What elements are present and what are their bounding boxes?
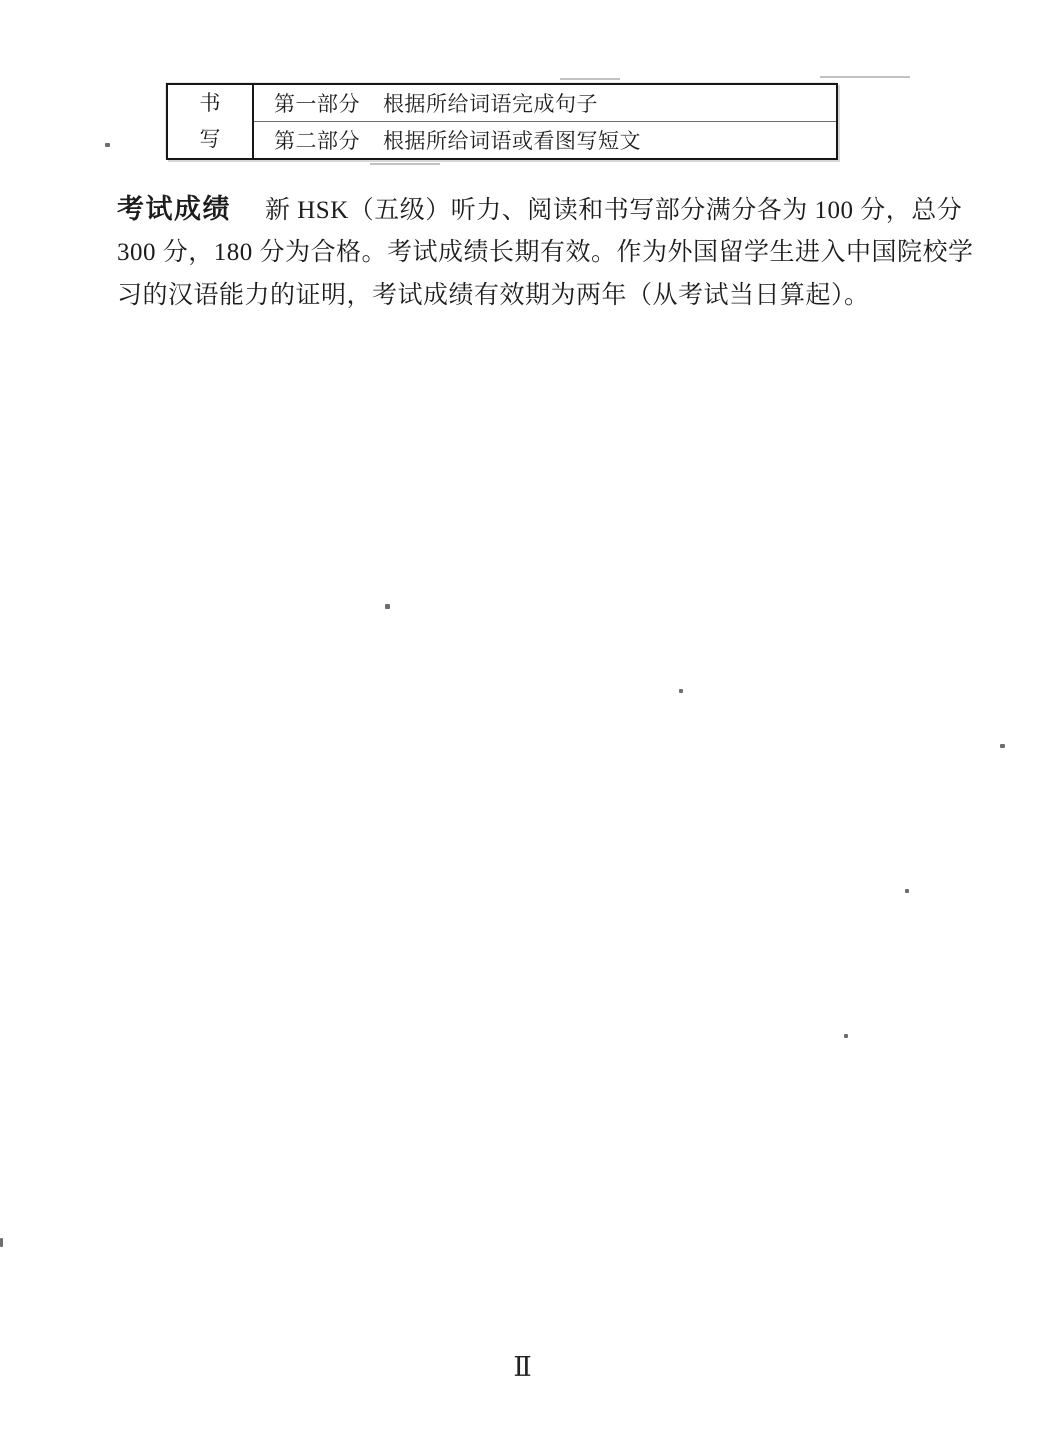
scan-speck: [385, 604, 390, 609]
page-number: Ⅱ: [0, 1352, 1045, 1382]
paragraph-line-1: 考试成绩新 HSK（五级）听力、阅读和书写部分满分各为 100 分，总分: [117, 188, 965, 231]
scan-smudge: [820, 76, 910, 78]
part-number: 第二部分: [274, 125, 360, 155]
table-row-part2: 第二部分 根据所给词语或看图写短文: [254, 122, 836, 158]
scan-speck: [844, 1034, 848, 1038]
table-rows: 第一部分 根据所给词语完成句子 第二部分 根据所给词语或看图写短文: [254, 85, 836, 158]
table-row-part1: 第一部分 根据所给词语完成句子: [254, 85, 836, 122]
exam-score-paragraph: 考试成绩新 HSK（五级）听力、阅读和书写部分满分各为 100 分，总分 300…: [117, 188, 965, 317]
paragraph-line-1-text: 新 HSK（五级）听力、阅读和书写部分满分各为 100 分，总分: [265, 197, 962, 224]
part-number: 第一部分: [274, 88, 360, 118]
writing-section-table: 书 写 第一部分 根据所给词语完成句子 第二部分 根据所给词语或看图写短文: [166, 83, 838, 160]
scan-smudge: [370, 163, 440, 165]
scan-speck: [0, 1238, 3, 1247]
part-description: 根据所给词语完成句子: [383, 88, 598, 118]
writing-skill-char-xie: 写: [200, 129, 221, 150]
writing-skill-char-shu: 书: [200, 93, 221, 114]
writing-skill-label-cell: 书 写: [168, 85, 254, 158]
part-description: 根据所给词语或看图写短文: [383, 125, 641, 155]
scan-speck: [905, 889, 909, 893]
scanned-document-page: 书 写 第一部分 根据所给词语完成句子 第二部分 根据所给词语或看图写短文 考试…: [0, 0, 1045, 1449]
scan-speck: [679, 689, 683, 693]
paragraph-line-3: 习的汉语能力的证明，考试成绩有效期为两年（从考试当日算起）。: [117, 274, 965, 317]
scan-speck: [105, 143, 110, 147]
scan-smudge: [560, 78, 620, 80]
paragraph-line-2: 300 分，180 分为合格。考试成绩长期有效。作为外国留学生进入中国院校学: [117, 231, 965, 274]
paragraph-heading-label: 考试成绩: [117, 194, 231, 224]
scan-speck: [1000, 744, 1005, 748]
